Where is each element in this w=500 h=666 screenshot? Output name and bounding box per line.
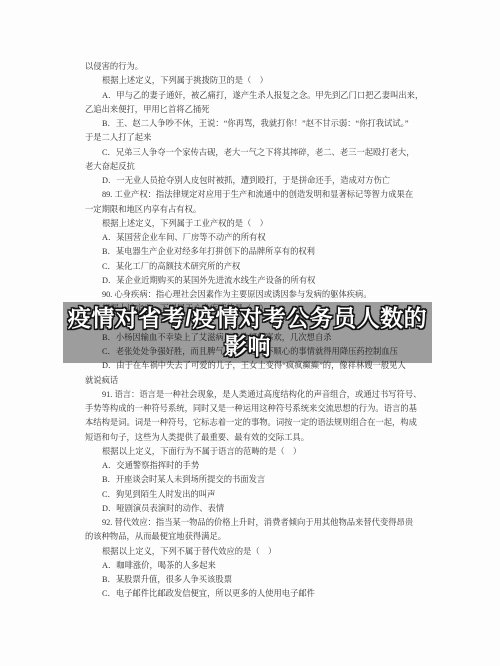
document-line: 老大奋起反抗 — [85, 160, 425, 174]
document-line: 89. 工业产权：指法律规定对应用于生产和流通中的创造发明和显著标记等智力成果在 — [85, 188, 425, 202]
document-line: D．一无业人员抢夺别人皮包时被抓，遭到殴打，于是拼命还手，造成对方伤亡 — [85, 174, 425, 188]
document-line: 于是二人打了起来 — [85, 131, 425, 145]
document-line: 的该种物品，从而最便宜地获得满足。 — [85, 530, 425, 544]
document-line: D．某企业近期购买的某国外先进流水线生产设备的所有权 — [85, 274, 425, 288]
document-line: A．某国营企业车间、厂房等不动产的所有权 — [85, 231, 425, 245]
document-line: 90. 心身疾病：指心理社会因素作为主要原因或诱因参与发病的躯体疾病。 — [85, 288, 425, 302]
document-line: C．某化工厂的高额技术研究所的产权 — [85, 260, 425, 274]
document-line: 根据以上定义，下列不属于替代效应的是（ ） — [85, 545, 425, 559]
document-line: 一定期限和地区内享有占有权。 — [85, 203, 425, 217]
document-line: B．某电器生产企业对经多年打拼创下的品牌所享有的权利 — [85, 245, 425, 259]
watermark-overlay-band: 疫情对省考/疫情对考公务员人数的 影响 — [63, 302, 432, 363]
document-line: 乙追出来便打，甲用匕首将乙捅死 — [85, 103, 425, 117]
document-line: A．交通警察指挥时的手势 — [85, 459, 425, 473]
document-line: 短语和句子，这些为人类提供了最重要、最有效的交际工具。 — [85, 431, 425, 445]
document-line: B．王、赵二人争吵不休，王说：“你再骂，我就打你！”赵不甘示弱：“你打我试试。” — [85, 117, 425, 131]
document-line: 本结构是词。词是一种符号，它标志着一定的事物。词按一定的语法规则组合在一起，构成 — [85, 416, 425, 430]
document-line: 根据上述定义，下列属于挑拨防卫的是（ ） — [85, 74, 425, 88]
document-line: A．甲与乙的妻子通奸，被乙痛打，遂产生杀人报复之念。甲先到乙门口把乙妻叫出来， — [85, 89, 425, 103]
document-line: 根据上述定义，下列属于工业产权的是（ ） — [85, 217, 425, 231]
watermark-title-line1: 疫情对省考/疫情对考公务员人数的 — [68, 305, 427, 333]
document-line: B．某股票升值，很多人争买该股票 — [85, 573, 425, 587]
document-line: 手势等构成的一种符号系统，同时又是一种运用这种符号系统来交流思想的行为。语言的基 — [85, 402, 425, 416]
document-line: C．电子邮件比邮政发信便宜，所以更多的人使用电子邮件 — [85, 587, 425, 601]
document-line: 91. 语言：语言是一种社会现象，是人类通过高度结构化的声音组合，或通过书写符号… — [85, 388, 425, 402]
document-line: 根据以上定义，下面行为不属于语言的范畴的是（ ） — [85, 445, 425, 459]
document-line: D．哑剧演员表演时的动作、表情 — [85, 502, 425, 516]
document-line: 就说疯话 — [85, 374, 425, 388]
document-line: C．狗见到陌生人时发出的叫声 — [85, 488, 425, 502]
document-line: A．咖啡涨价，喝茶的人多起来 — [85, 559, 425, 573]
document-line: C．兄弟三人争夺一个家传古砚，老大一气之下将其摔碎，老二、老三一起殴打老大， — [85, 146, 425, 160]
document-line: 以侵害的行为。 — [85, 60, 425, 74]
watermark-title-line2: 影响 — [224, 333, 271, 361]
document-line: B．开座谈会时某人未到场所提交的书面发言 — [85, 473, 425, 487]
document-line: 92. 替代效应：指当某一物品的价格上升时，消费者倾向于用其他物品来替代变得昂贵 — [85, 516, 425, 530]
